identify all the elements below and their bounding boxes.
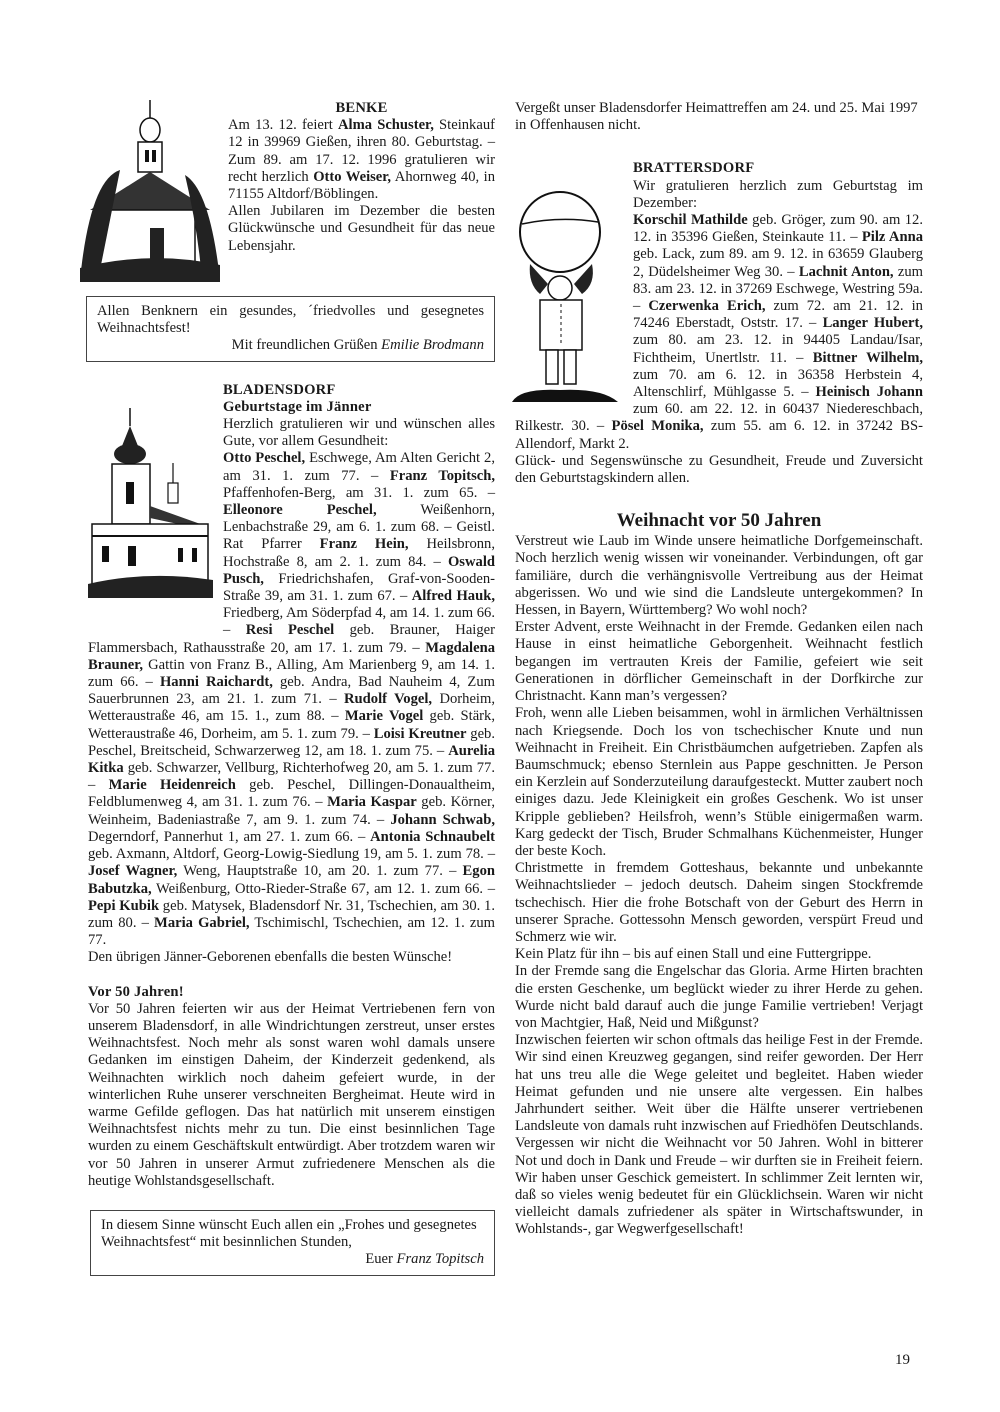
benke-paragraph-2: Allen Jubilaren im Dezember die besten G… [228, 203, 495, 255]
heimattreffen-notice: Vergeßt unser Bladensdorfer Heimattreffe… [515, 100, 923, 134]
benke-text: BENKE Am 13. 12. feiert Alma Schuster, S… [228, 100, 495, 255]
weihnacht-paragraph: Inzwischen feierten wir schon oftmals da… [515, 1032, 923, 1238]
weihnacht-title: Weihnacht vor 50 Jahren [515, 509, 923, 533]
weihnacht-paragraph: Verstreut wie Laub im Winde unsere heima… [515, 533, 923, 619]
bladensdorf-closing: Den übrigen Jänner-Geborenen ebenfalls d… [88, 949, 495, 966]
right-column: Vergeßt unser Bladensdorfer Heimattreffe… [515, 100, 923, 1239]
benke-greeting-text: Allen Benknern ein gesundes, ´friedvolle… [97, 303, 484, 337]
weihnacht-paragraph: Christmette in fremdem Gotteshaus, bekan… [515, 860, 923, 946]
benke-section: BENKE Am 13. 12. feiert Alma Schuster, S… [88, 100, 495, 290]
topitsch-greeting-signature: Euer Franz Topitsch [101, 1251, 484, 1268]
vor50-text: Vor 50 Jahren feierten wir aus der Heima… [88, 1001, 495, 1190]
weihnacht-paragraph: Kein Platz für ihn – bis auf einen Stall… [515, 946, 923, 963]
weihnacht-paragraph: In der Fremde sang die Engelschar das Gl… [515, 963, 923, 1032]
church-illustration [88, 408, 213, 598]
vor50-title: Vor 50 Jahren! [88, 984, 495, 1001]
bladensdorf-section: BLADENSDORF Geburtstage im Jänner Herzli… [88, 382, 495, 1276]
weihnacht-paragraph: Erster Advent, erste Weihnacht in der Fr… [515, 619, 923, 705]
benke-paragraph-1: Am 13. 12. feiert Alma Schuster, Steinka… [228, 117, 495, 203]
weihnacht-article: Weihnacht vor 50 Jahren Verstreut wie La… [515, 509, 923, 1238]
page-number: 19 [895, 1352, 910, 1369]
topitsch-greeting-box: In diesem Sinne wünscht Euch allen ein „… [90, 1210, 495, 1276]
weihnacht-paragraph: Froh, wenn alle Lieben beisammen, wohl i… [515, 705, 923, 860]
benke-title: BENKE [228, 100, 495, 117]
atlas-figure-illustration [510, 184, 625, 406]
brattersdorf-closing: Glück- und Segenswünsche zu Gesundheit, … [515, 453, 923, 487]
left-column: BENKE Am 13. 12. feiert Alma Schuster, S… [88, 100, 495, 1276]
chapel-illustration [80, 100, 220, 282]
benke-greeting-box: Allen Benknern ein gesundes, ´friedvolle… [86, 296, 495, 362]
brattersdorf-section: BRATTERSDORF Wir gratulieren herzlich zu… [515, 160, 923, 487]
benke-greeting-signature: Mit freundlichen Grüßen Emilie Brodmann [97, 337, 484, 354]
topitsch-greeting-text: In diesem Sinne wünscht Euch allen ein „… [101, 1217, 484, 1251]
